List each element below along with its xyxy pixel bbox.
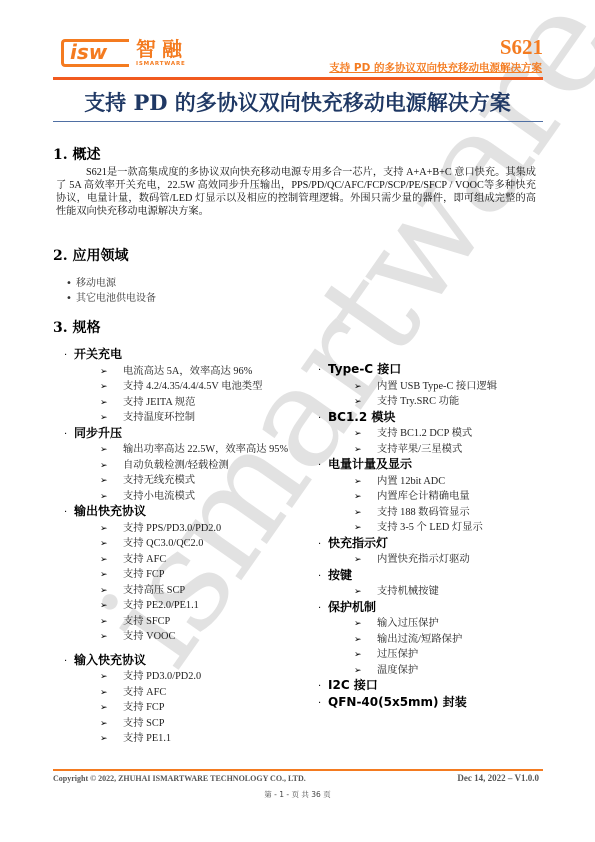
spec-group-title: ·保护机制 <box>318 600 558 617</box>
company-logo: isw 智融 ISMARTWARE <box>61 39 206 67</box>
arrow-bullet-icon: ➢ <box>354 442 377 458</box>
arrow-bullet-icon: ➢ <box>354 616 377 632</box>
spec-group-title: ·电量计量及显示 <box>318 457 558 474</box>
specs-left-column: ·开关充电 ➢电流高达 5A，效率高达 96% ➢支持 4.2/4.35/4.4… <box>64 347 314 747</box>
spec-item: ➢自动负载检测/轻载检测 <box>64 458 314 474</box>
document-title: 支持 PD 的多协议双向快充移动电源解决方案 <box>0 90 595 116</box>
spec-item: ➢支持无线充模式 <box>64 473 314 489</box>
arrow-bullet-icon: ➢ <box>100 521 123 537</box>
arrow-bullet-icon: ➢ <box>100 536 123 552</box>
arrow-bullet-icon: ➢ <box>100 629 123 645</box>
arrow-bullet-icon: ➢ <box>100 379 123 395</box>
arrow-bullet-icon: ➢ <box>100 395 123 411</box>
applications-list: 移动电源 其它电池供电设备 <box>66 276 156 306</box>
arrow-bullet-icon: ➢ <box>354 552 377 568</box>
list-item: 移动电源 <box>66 276 156 291</box>
list-item: 其它电池供电设备 <box>66 291 156 306</box>
footer-date-version: Dec 14, 2022 – V1.0.0 <box>457 773 539 783</box>
spec-item: ➢支持 PPS/PD3.0/PD2.0 <box>64 521 314 537</box>
arrow-bullet-icon: ➢ <box>354 474 377 490</box>
spec-item: ➢支持 AFC <box>64 685 314 701</box>
spec-item: ➢支持 SCP <box>64 716 314 732</box>
spec-item: ➢支持 PE2.0/PE1.1 <box>64 598 314 614</box>
spec-item: ➢支持高压 SCP <box>64 583 314 599</box>
spec-item: ➢输出功率高达 22.5W，效率高达 95% <box>64 442 314 458</box>
spec-group-title: ·输出快充协议 <box>64 504 314 521</box>
logo-chinese-name: 智融 <box>136 38 188 60</box>
arrow-bullet-icon: ➢ <box>100 716 123 732</box>
arrow-bullet-icon: ➢ <box>100 669 123 685</box>
arrow-bullet-icon: ➢ <box>100 552 123 568</box>
spec-group-title: ·I2C 接口 <box>318 678 558 695</box>
arrow-bullet-icon: ➢ <box>354 379 377 395</box>
spec-item: ➢支持小电流模式 <box>64 489 314 505</box>
arrow-bullet-icon: ➢ <box>354 426 377 442</box>
title-divider <box>53 121 543 122</box>
spec-group-title: ·BC1.2 模块 <box>318 410 558 427</box>
footer-copyright: Copyright © 2022, ZHUHAI ISMARTWARE TECH… <box>53 774 306 783</box>
specs-right-column: ·Type-C 接口 ➢内置 USB Type-C 接口逻辑 ➢支持 Try.S… <box>318 362 558 711</box>
overview-paragraph: S621是一款高集成度的多协议双向快充移动电源专用多合一芯片，支持 A+A+B+… <box>56 166 536 218</box>
arrow-bullet-icon: ➢ <box>354 489 377 505</box>
spec-item: ➢内置 12bit ADC <box>318 474 558 490</box>
header-subtitle: 支持 PD 的多协议双向快充移动电源解决方案 <box>329 62 542 74</box>
arrow-bullet-icon: ➢ <box>100 731 123 747</box>
header-model-number: S621 <box>500 36 543 58</box>
spec-item: ➢过压保护 <box>318 647 558 663</box>
arrow-bullet-icon: ➢ <box>100 489 123 505</box>
header-divider <box>53 77 543 80</box>
overview-heading: 1. 概述 <box>53 146 101 164</box>
spec-item: ➢支持 4.2/4.35/4.4/4.5V 电池类型 <box>64 379 314 395</box>
arrow-bullet-icon: ➢ <box>100 364 123 380</box>
arrow-bullet-icon: ➢ <box>354 584 377 600</box>
arrow-bullet-icon: ➢ <box>354 520 377 536</box>
spec-item: ➢支持 BC1.2 DCP 模式 <box>318 426 558 442</box>
spec-item: ➢支持 SFCP <box>64 614 314 630</box>
spec-group-title: ·同步升压 <box>64 426 314 443</box>
arrow-bullet-icon: ➢ <box>354 394 377 410</box>
arrow-bullet-icon: ➢ <box>100 410 123 426</box>
spec-item: ➢输入过压保护 <box>318 616 558 632</box>
arrow-bullet-icon: ➢ <box>100 685 123 701</box>
spec-item: ➢支持 Try.SRC 功能 <box>318 394 558 410</box>
spec-item: ➢内置 USB Type-C 接口逻辑 <box>318 379 558 395</box>
spec-item: ➢支持 VOOC <box>64 629 314 645</box>
spec-group-title: ·Type-C 接口 <box>318 362 558 379</box>
spec-item: ➢输出过流/短路保护 <box>318 632 558 648</box>
spec-group-title: ·输入快充协议 <box>64 653 314 670</box>
logo-english-name: ISMARTWARE <box>136 61 186 67</box>
spec-item: ➢支持 QC3.0/QC2.0 <box>64 536 314 552</box>
spec-item: ➢支持 3-5 个 LED 灯显示 <box>318 520 558 536</box>
arrow-bullet-icon: ➢ <box>100 567 123 583</box>
applications-heading: 2. 应用领域 <box>53 247 129 265</box>
spec-item: ➢内置快充指示灯驱动 <box>318 552 558 568</box>
arrow-bullet-icon: ➢ <box>100 598 123 614</box>
spec-item: ➢支持机械按键 <box>318 584 558 600</box>
arrow-bullet-icon: ➢ <box>100 442 123 458</box>
overview-text: S621是一款高集成度的多协议双向快充移动电源专用多合一芯片，支持 A+A+B+… <box>56 167 536 217</box>
logo-mark: isw <box>61 39 129 67</box>
spec-item: ➢温度保护 <box>318 663 558 679</box>
arrow-bullet-icon: ➢ <box>354 632 377 648</box>
spec-item: ➢支持 FCP <box>64 567 314 583</box>
footer-divider <box>53 769 543 771</box>
arrow-bullet-icon: ➢ <box>100 473 123 489</box>
arrow-bullet-icon: ➢ <box>100 614 123 630</box>
arrow-bullet-icon: ➢ <box>100 458 123 474</box>
arrow-bullet-icon: ➢ <box>354 663 377 679</box>
arrow-bullet-icon: ➢ <box>100 583 123 599</box>
spec-group-title: ·按键 <box>318 568 558 585</box>
spec-item: ➢电流高达 5A，效率高达 96% <box>64 364 314 380</box>
specs-heading: 3. 规格 <box>53 319 101 337</box>
spec-item: ➢支持 FCP <box>64 700 314 716</box>
spec-group-title: ·开关充电 <box>64 347 314 364</box>
spec-item: ➢支持 PE1.1 <box>64 731 314 747</box>
spec-item: ➢内置库仑计精确电量 <box>318 489 558 505</box>
arrow-bullet-icon: ➢ <box>354 647 377 663</box>
spec-item: ➢支持 JEITA 规范 <box>64 395 314 411</box>
spec-item: ➢支持 PD3.0/PD2.0 <box>64 669 314 685</box>
spec-item: ➢支持 188 数码管显示 <box>318 505 558 521</box>
spec-item: ➢支持 AFC <box>64 552 314 568</box>
spec-item: ➢支持温度环控制 <box>64 410 314 426</box>
spec-item: ➢支持苹果/三星模式 <box>318 442 558 458</box>
arrow-bullet-icon: ➢ <box>354 505 377 521</box>
spec-group-title: ·QFN-40(5x5mm) 封装 <box>318 695 558 712</box>
arrow-bullet-icon: ➢ <box>100 700 123 716</box>
footer-page-number: 第 - 1 - 页 共 36 页 <box>0 789 595 800</box>
spec-group-title: ·快充指示灯 <box>318 536 558 553</box>
